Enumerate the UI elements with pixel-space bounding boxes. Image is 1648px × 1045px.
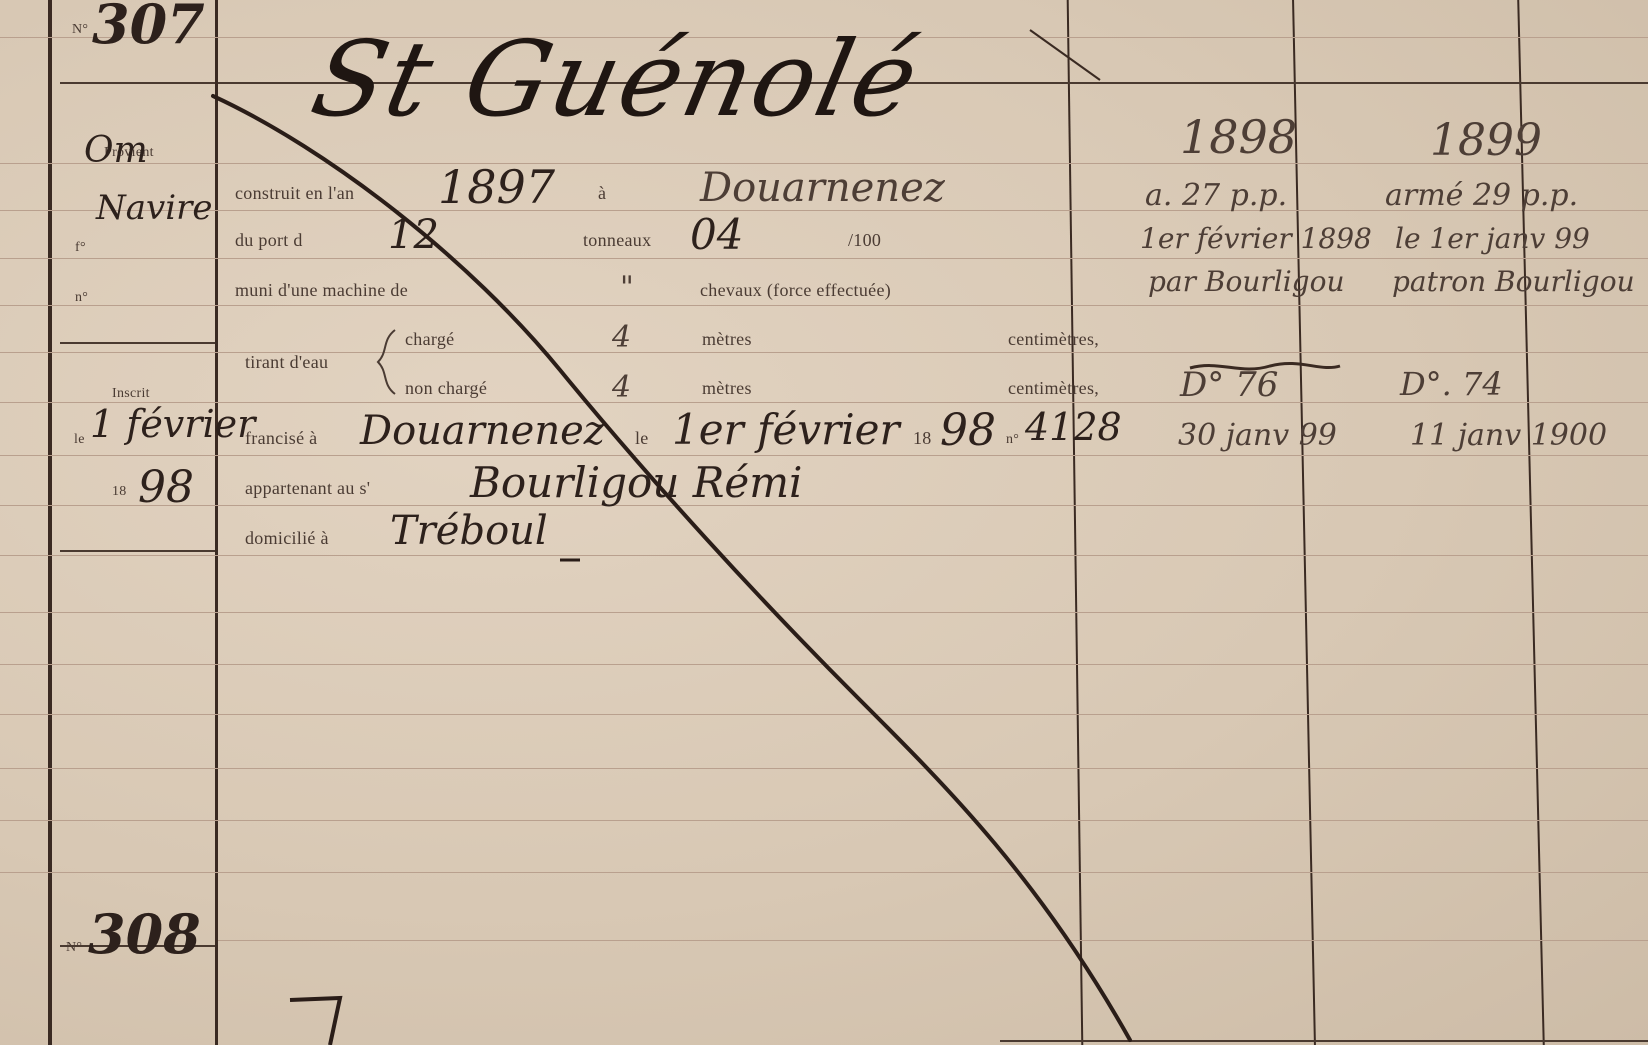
ledger-page: N° 307 Provient Om Navire f° n° Inscrit …	[0, 0, 1648, 1045]
next-entry-number: 308	[88, 902, 201, 966]
non-charge-value: 4	[612, 370, 631, 405]
year-1898-line3: par Bourligou	[1148, 265, 1344, 298]
machine-value: "	[620, 270, 634, 305]
port-label: du port d	[235, 230, 303, 251]
port-value: 12	[388, 212, 439, 258]
ruling-line	[0, 305, 1648, 306]
francise-le-label: le	[635, 428, 649, 449]
next-entry-prefix: N°	[66, 940, 82, 956]
provient-value-line2: Navire	[96, 188, 212, 228]
year-1899-line2: le 1er janv 99	[1395, 222, 1590, 255]
charge-label: chargé	[405, 329, 454, 350]
francise-label: francisé à	[245, 428, 317, 449]
year-1898-line2: 1er février 1898	[1140, 222, 1372, 255]
francise-year-suffix: 98	[940, 405, 996, 456]
francise-place: Douarnenez	[360, 408, 605, 454]
construit-a-label: à	[598, 183, 606, 204]
tirant-label: tirant d'eau	[245, 352, 328, 373]
field-marker-folio: f°	[75, 240, 86, 256]
tonneaux-fraction: /100	[848, 230, 881, 251]
machine-label: muni d'une machine de	[235, 280, 408, 301]
inscrit-label: Inscrit	[112, 386, 150, 402]
ruling-line	[218, 940, 1648, 941]
charge-unit: mètres	[702, 329, 752, 350]
ruling-line	[0, 258, 1648, 259]
inscrit-year-suffix: 98	[138, 462, 194, 513]
construit-label: construit en l'an	[235, 183, 354, 204]
cancellation-strike-icon	[0, 0, 1648, 1045]
year-1899-line5: 11 janv 1900	[1410, 418, 1607, 453]
year-1899-line4: D°. 74	[1400, 365, 1503, 403]
inscrit-date: 1 février	[90, 402, 255, 446]
ruling-line	[0, 820, 1648, 821]
owner-name: Bourligou Rémi	[470, 458, 802, 507]
provient-value-line1: Om	[84, 130, 148, 171]
year-1899-header: 1899	[1430, 115, 1542, 166]
francise-no-value: 4128	[1025, 405, 1122, 449]
ruling-line	[0, 664, 1648, 665]
ruling-line	[0, 455, 1648, 456]
year-1898-line5: 30 janv 99	[1178, 418, 1337, 453]
year-1898-line4: D° 76	[1180, 365, 1278, 405]
domicile-place: Tréboul	[390, 508, 548, 554]
ruling-line	[0, 872, 1648, 873]
header-rule	[60, 82, 215, 84]
year-1898-line1: a. 27 p.p.	[1145, 178, 1287, 213]
construit-year: 1897	[438, 160, 555, 214]
ruling-line	[0, 768, 1648, 769]
francise-date: 1er février	[672, 405, 900, 454]
charge-cm-unit: centimètres,	[1008, 329, 1099, 350]
charge-value: 4	[612, 320, 631, 355]
field-marker-number: n°	[75, 290, 88, 306]
entry-number: 307	[92, 0, 205, 56]
ruling-line	[0, 555, 1648, 556]
ruling-line	[0, 714, 1648, 715]
year-1899-line3: patron Bourligou	[1392, 265, 1635, 298]
inscrit-year-prefix: 18	[112, 484, 127, 500]
non-charge-label: non chargé	[405, 378, 487, 399]
left-section-rule	[60, 342, 215, 344]
left-margin-rule	[48, 0, 52, 1045]
left-column-rule	[215, 0, 218, 1045]
left-section-rule	[60, 550, 215, 552]
tonneaux-label: tonneaux	[583, 230, 651, 251]
entry-number-prefix: N°	[72, 22, 88, 38]
ruling-line	[0, 612, 1648, 613]
construit-place: Douarnenez	[700, 165, 945, 211]
year-1899-line1: armé 29 p.p.	[1385, 178, 1578, 213]
main-column-rule	[1067, 0, 1084, 1045]
non-charge-cm-unit: centimètres,	[1008, 378, 1099, 399]
year-1898-header: 1898	[1180, 110, 1297, 164]
appartenant-label: appartenant au s'	[245, 478, 370, 499]
domicilie-label: domicilié à	[245, 528, 329, 549]
tonneaux-value: 04	[690, 210, 743, 259]
ship-name: St Guénolé	[302, 18, 930, 140]
inscrit-le-label: le	[74, 432, 85, 448]
francise-no-label: n°	[1006, 432, 1019, 448]
francise-year-prefix: 18	[913, 428, 932, 449]
ruling-line	[0, 505, 1648, 506]
chevaux-label: chevaux (force effectuée)	[700, 280, 891, 301]
bottom-rule	[1000, 1040, 1648, 1042]
non-charge-unit: mètres	[702, 378, 752, 399]
ruling-line	[0, 163, 1648, 164]
